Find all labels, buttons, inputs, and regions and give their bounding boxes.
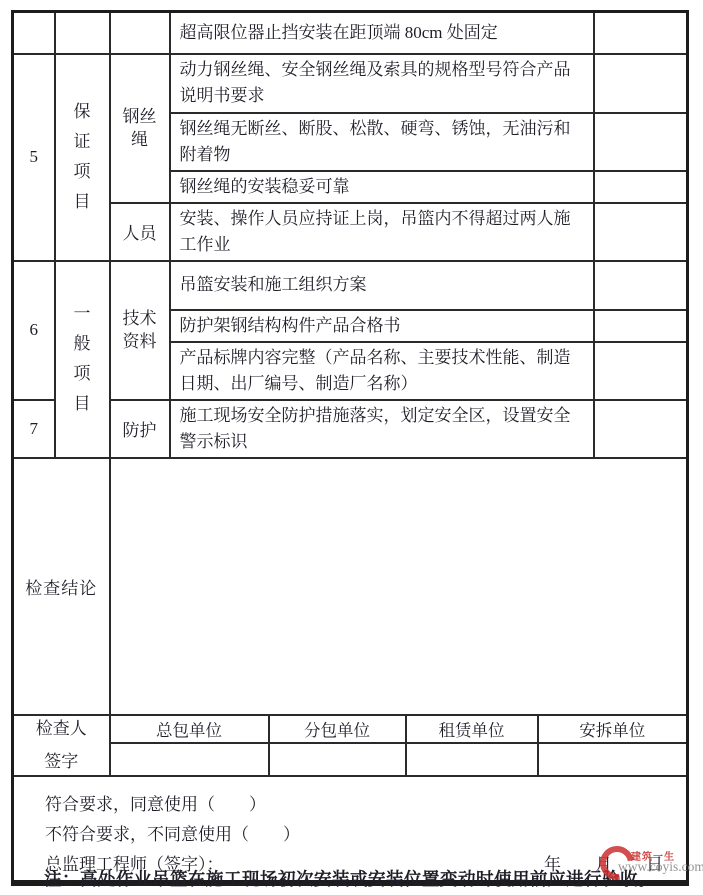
footnote: 注：高处作业吊篮在施工现场初次安装或安装位置变动时使用前应进行验收。 (44, 866, 656, 891)
category-cell: 保证项目 (55, 54, 110, 261)
result-cell (594, 203, 688, 261)
subcategory-label: 技术资料 (121, 307, 158, 353)
category-label: 保证项目 (73, 97, 91, 217)
requirement-cell: 安装、操作人员应持证上岗，吊篮内不得超过两人施工作业 (170, 203, 594, 261)
table-row: 检查结论 (13, 458, 688, 715)
requirement-cell: 防护架钢结构构件产品合格书 (170, 310, 594, 342)
table-row: 5 保证项目 钢丝绳 动力钢丝绳、安全钢丝绳及索具的规格型号符合产品说明书要求 (13, 54, 688, 113)
sign-input-cell (269, 743, 406, 776)
requirement-cell: 施工现场安全防护措施落实，划定安全区，设置安全警示标识 (170, 400, 594, 458)
requirement-cell: 吊篮安装和施工组织方案 (170, 261, 594, 310)
table-row: 7 防护 施工现场安全防护措施落实，划定安全区，设置安全警示标识 (13, 400, 688, 458)
sign-unit-header: 安拆单位 (538, 715, 688, 743)
subcategory-cell (110, 12, 170, 54)
subcategory-label: 防护 (123, 421, 157, 440)
item-no-cell: 5 (13, 54, 55, 261)
requirement-cell: 钢丝绳的安装稳妥可靠 (170, 171, 594, 203)
item-no-cell (13, 12, 55, 54)
category-cell (55, 12, 110, 54)
table-row: 人员 安装、操作人员应持证上岗，吊篮内不得超过两人施工作业 (13, 203, 688, 261)
table-row: 检查人 签字 总包单位 分包单位 租赁单位 安拆单位 (13, 715, 688, 743)
requirement-cell: 动力钢丝绳、安全钢丝绳及索具的规格型号符合产品说明书要求 (170, 54, 594, 113)
table-row: 超高限位器止挡安装在距顶端 80cm 处固定 (13, 12, 688, 54)
approval-disagree-line: 不符合要求，不同意使用（ ） (45, 820, 663, 850)
conclusion-content-cell (110, 458, 688, 715)
item-no-cell: 6 (13, 261, 55, 400)
approval-agree-line: 符合要求，同意使用（ ） (45, 790, 663, 820)
subcategory-cell: 人员 (110, 203, 170, 261)
sign-label-line1: 检查人 (14, 716, 109, 742)
result-cell (594, 171, 688, 203)
watermark-url: www.coyis.com (618, 859, 703, 875)
result-cell (594, 12, 688, 54)
sign-unit-header: 分包单位 (269, 715, 406, 743)
inspection-table: 超高限位器止挡安装在距顶端 80cm 处固定 5 保证项目 钢丝绳 动力钢丝绳、… (11, 10, 689, 886)
sign-unit-header: 总包单位 (110, 715, 269, 743)
requirement-cell: 产品标牌内容完整（产品名称、主要技术性能、制造日期、出厂编号、制造厂名称） (170, 342, 594, 400)
conclusion-label-cell: 检查结论 (13, 458, 110, 715)
sign-input-cell (538, 743, 688, 776)
subcategory-label: 人员 (123, 224, 157, 243)
result-cell (594, 261, 688, 310)
requirement-cell: 超高限位器止挡安装在距顶端 80cm 处固定 (170, 12, 594, 54)
category-label: 一般项目 (73, 299, 91, 419)
requirement-cell: 钢丝绳无断丝、断股、松散、硬弯、锈蚀，无油污和附着物 (170, 113, 594, 171)
result-cell (594, 400, 688, 458)
sign-label-cell: 检查人 签字 (13, 715, 110, 776)
sign-label-line2: 签字 (14, 749, 109, 775)
subcategory-cell: 钢丝绳 (110, 54, 170, 203)
result-cell (594, 310, 688, 342)
table-row: 6 一般项目 技术资料 吊篮安装和施工组织方案 (13, 261, 688, 310)
table-row (13, 743, 688, 776)
subcategory-cell: 技术资料 (110, 261, 170, 400)
item-no-cell: 7 (13, 400, 55, 458)
sign-input-cell (406, 743, 538, 776)
result-cell (594, 54, 688, 113)
result-cell (594, 113, 688, 171)
sign-input-cell (110, 743, 269, 776)
category-cell: 一般项目 (55, 261, 110, 458)
subcategory-cell: 防护 (110, 400, 170, 458)
result-cell (594, 342, 688, 400)
sign-unit-header: 租赁单位 (406, 715, 538, 743)
subcategory-label: 钢丝绳 (121, 105, 158, 151)
